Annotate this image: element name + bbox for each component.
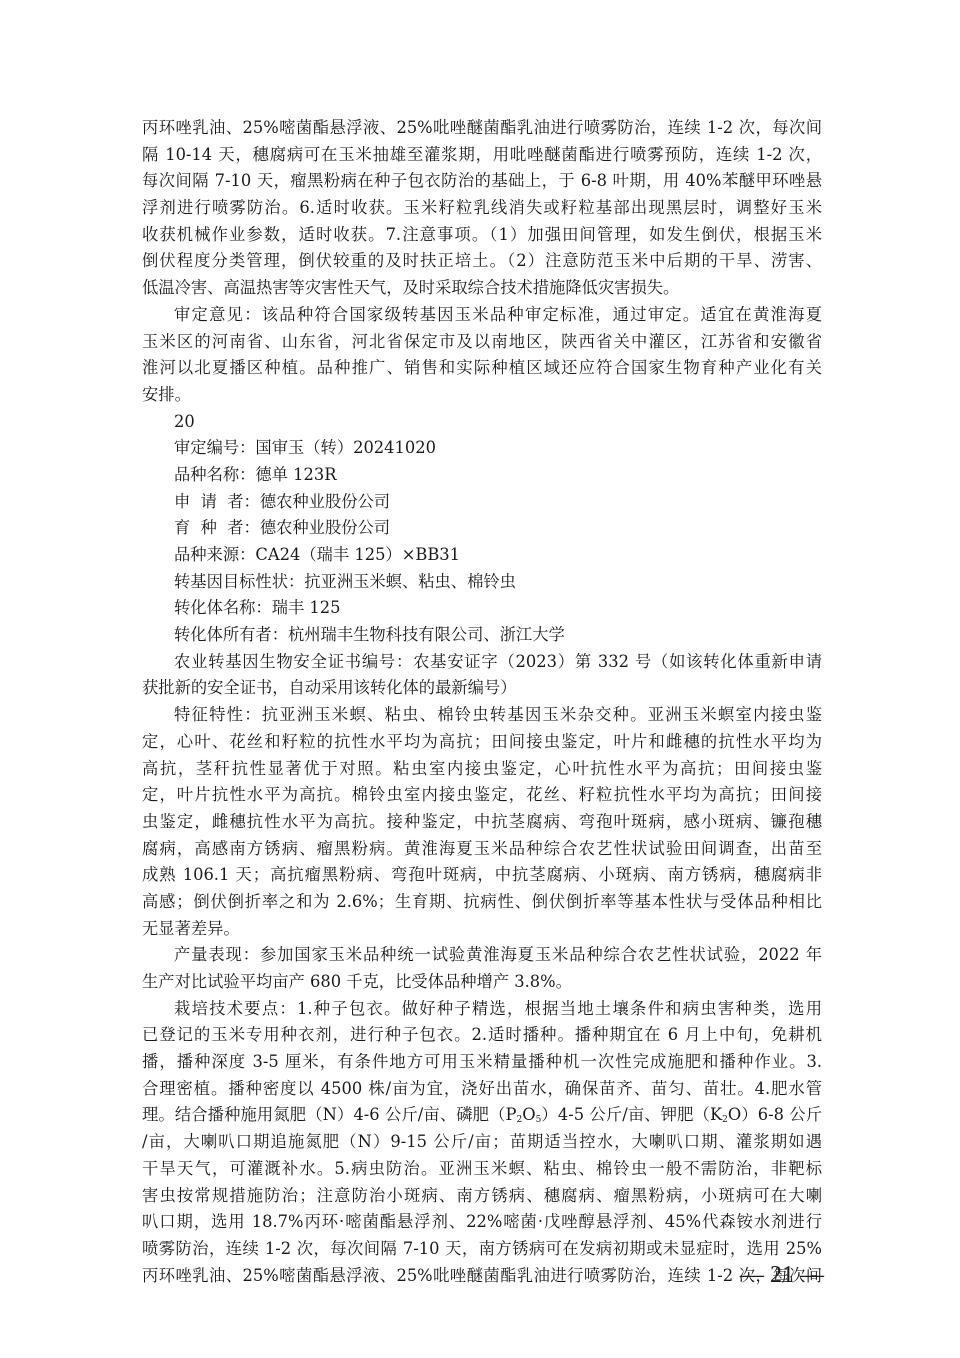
text-line: 定，叶片抗性水平为高抗。棉铃虫室内接虫鉴定，花丝、籽粒抗性水平均为高抗；田间接: [142, 782, 822, 809]
page-number: — 21 —: [740, 1262, 824, 1289]
text-line: 安排。: [142, 382, 822, 409]
text-segment: ）4-5 公斤/亩、钾肥（K: [541, 1105, 722, 1124]
text-line: 无显著差异。: [142, 916, 822, 943]
field-approval-no: 审定编号：国审玉（转）20241020: [142, 435, 822, 462]
text-line-fertilizer: 理。结合播种施用氮肥（N）4-6 公斤/亩、磷肥（P2O5）4-5 公斤/亩、钾…: [142, 1102, 822, 1129]
field-target-trait: 转基因目标性状：抗亚洲玉米螟、粘虫、棉铃虫: [142, 569, 822, 596]
text-line: 干旱天气，可灌溉补水。5.病虫防治。亚洲玉米螟、粘虫、棉铃虫一般不需防治，非靶标: [142, 1156, 822, 1183]
text-segment: O: [522, 1105, 535, 1124]
field-variety-source: 品种来源：CA24（瑞丰 125）×BB31: [142, 542, 822, 569]
text-line: 低温冷害、高温热害等灾害性天气，及时采取综合技术措施降低灾害损失。: [142, 275, 822, 302]
text-line: 丙环唑乳油、25%嘧菌酯悬浮液、25%吡唑醚菌酯乳油进行喷雾防治，连续 1-2 …: [142, 115, 822, 142]
text-line: 产量表现：参加国家玉米品种统一试验黄淮海夏玉米品种综合农艺性状试验，2022 年: [142, 942, 822, 969]
document-page: 丙环唑乳油、25%嘧菌酯悬浮液、25%吡唑醚菌酯乳油进行喷雾防治，连续 1-2 …: [142, 115, 822, 1289]
text-line: 丙环唑乳油、25%嘧菌酯悬浮液、25%吡唑醚菌酯乳油进行喷雾防治，连续 1-2 …: [142, 1263, 822, 1290]
text-line: 高感；倒伏倒折率之和为 2.6%；生育期、抗病性、倒伏倒折率等基本性状与受体品种…: [142, 889, 822, 916]
text-line: 腐病，高感南方锈病、瘤黑粉病。黄淮海夏玉米品种综合农艺性状试验田间调查，出苗至: [142, 836, 822, 863]
text-line: 定，心叶、花丝和籽粒的抗性水平均为高抗；田间接虫鉴定，叶片和雌穗的抗性水平均为: [142, 729, 822, 756]
cultivation-paragraph: 栽培技术要点：1.种子包衣。做好种子精选，根据当地土壤条件和病虫害种类，选用 已…: [142, 996, 822, 1290]
text-line: 每次间隔 7-10 天，瘤黑粉病在种子包衣防治的基础上，于 6-8 叶期，用 4…: [142, 168, 822, 195]
yield-performance-paragraph: 产量表现：参加国家玉米品种统一试验黄淮海夏玉米品种综合农艺性状试验，2022 年…: [142, 942, 822, 995]
text-line: 栽培技术要点：1.种子包衣。做好种子精选，根据当地土壤条件和病虫害种类，选用: [142, 996, 822, 1023]
text-line: 虫鉴定，雌穗抗性水平为高抗。接种鉴定，中抗茎腐病、弯孢叶斑病，感小斑病、镰孢穗: [142, 809, 822, 836]
text-segment: O）6-8 公斤: [728, 1105, 822, 1124]
safety-certificate-paragraph: 农业转基因生物安全证书编号：农基安证字（2023）第 332 号（如该转化体重新…: [142, 649, 822, 702]
text-line: 玉米区的河南省、山东省，河北省保定市及以南地区，陕西省关中灌区，江苏省和安徽省: [142, 329, 822, 356]
text-line: 隔 10-14 天，穗腐病可在玉米抽雄至灌浆期，用吡唑醚菌酯进行喷雾预防，连续 …: [142, 142, 822, 169]
entry-number: 20: [142, 409, 822, 436]
variety-fields: 审定编号：国审玉（转）20241020 品种名称：德单 123R 申 请 者：德…: [142, 435, 822, 649]
text-line: 审定意见：该品种符合国家级转基因玉米品种审定标准，通过审定。适宜在黄淮海夏: [142, 302, 822, 329]
text-segment: 理。结合播种施用氮肥（N）4-6 公斤/亩、磷肥（P: [142, 1105, 516, 1124]
text-line: 高抗，茎秆抗性显著优于对照。粘虫室内接虫鉴定，心叶抗性水平为高抗；田间接虫鉴: [142, 756, 822, 783]
continuation-paragraph: 丙环唑乳油、25%嘧菌酯悬浮液、25%吡唑醚菌酯乳油进行喷雾防治，连续 1-2 …: [142, 115, 822, 302]
text-line: 播，播种深度 3-5 厘米，有条件地方可用玉米精量播种机一次性完成施肥和播种作业…: [142, 1049, 822, 1076]
field-transformant-owner: 转化体所有者：杭州瑞丰生物科技有限公司、浙江大学: [142, 622, 822, 649]
field-applicant: 申 请 者：德农种业股份公司: [142, 489, 822, 516]
text-line: 合理密植。播种密度以 4500 株/亩为宜，浇好出苗水，确保苗齐、苗匀、苗壮。4…: [142, 1076, 822, 1103]
text-line: 农业转基因生物安全证书编号：农基安证字（2023）第 332 号（如该转化体重新…: [142, 649, 822, 676]
field-transformant-name: 转化体名称：瑞丰 125: [142, 595, 822, 622]
text-line: 害虫按常规措施防治；注意防治小斑病、南方锈病、穗腐病、瘤黑粉病，小斑病可在大喇: [142, 1183, 822, 1210]
text-line: 叭口期，选用 18.7%丙环·嘧菌酯悬浮剂、22%嘧菌·戊唑醇悬浮剂、45%代森…: [142, 1209, 822, 1236]
text-line: 喷雾防治，连续 1-2 次，每次间隔 7-10 天，南方锈病可在发病初期或未显症…: [142, 1236, 822, 1263]
field-breeder: 育 种 者：德农种业股份公司: [142, 515, 822, 542]
text-line: 特征特性：抗亚洲玉米螟、粘虫、棉铃虫转基因玉米杂交种。亚洲玉米螟室内接虫鉴: [142, 702, 822, 729]
text-line: 已登记的玉米专用种衣剂，进行种子包衣。2.适时播种。播种期宜在 6 月上中旬，免…: [142, 1022, 822, 1049]
text-line: 获批新的安全证书，自动采用该转化体的最新编号）: [142, 675, 822, 702]
text-line: 成熟 106.1 天；高抗瘤黑粉病、弯孢叶斑病，中抗茎腐病、小斑病、南方锈病，穗…: [142, 862, 822, 889]
text-line: /亩，大喇叭口期追施氮肥（N）9-15 公斤/亩；苗期适当控水，大喇叭口期、灌浆…: [142, 1129, 822, 1156]
text-line: 浮剂进行喷雾防治。6.适时收获。玉米籽粒乳线消失或籽粒基部出现黑层时，调整好玉米: [142, 195, 822, 222]
text-line: 淮河以北夏播区种植。品种推广、销售和实际种植区域还应符合国家生物育种产业化有关: [142, 355, 822, 382]
text-line: 倒伏程度分类管理，倒伏较重的及时扶正培土。（2）注意防范玉米中后期的干旱、涝害、: [142, 248, 822, 275]
characteristics-paragraph: 特征特性：抗亚洲玉米螟、粘虫、棉铃虫转基因玉米杂交种。亚洲玉米螟室内接虫鉴 定，…: [142, 702, 822, 942]
text-line: 收获机械作业参数，适时收获。7.注意事项。（1）加强田间管理，如发生倒伏，根据玉…: [142, 222, 822, 249]
field-variety-name: 品种名称：德单 123R: [142, 462, 822, 489]
approval-opinion-paragraph: 审定意见：该品种符合国家级转基因玉米品种审定标准，通过审定。适宜在黄淮海夏 玉米…: [142, 302, 822, 409]
text-line: 生产对比试验平均亩产 680 千克，比受体品种增产 3.8%。: [142, 969, 822, 996]
